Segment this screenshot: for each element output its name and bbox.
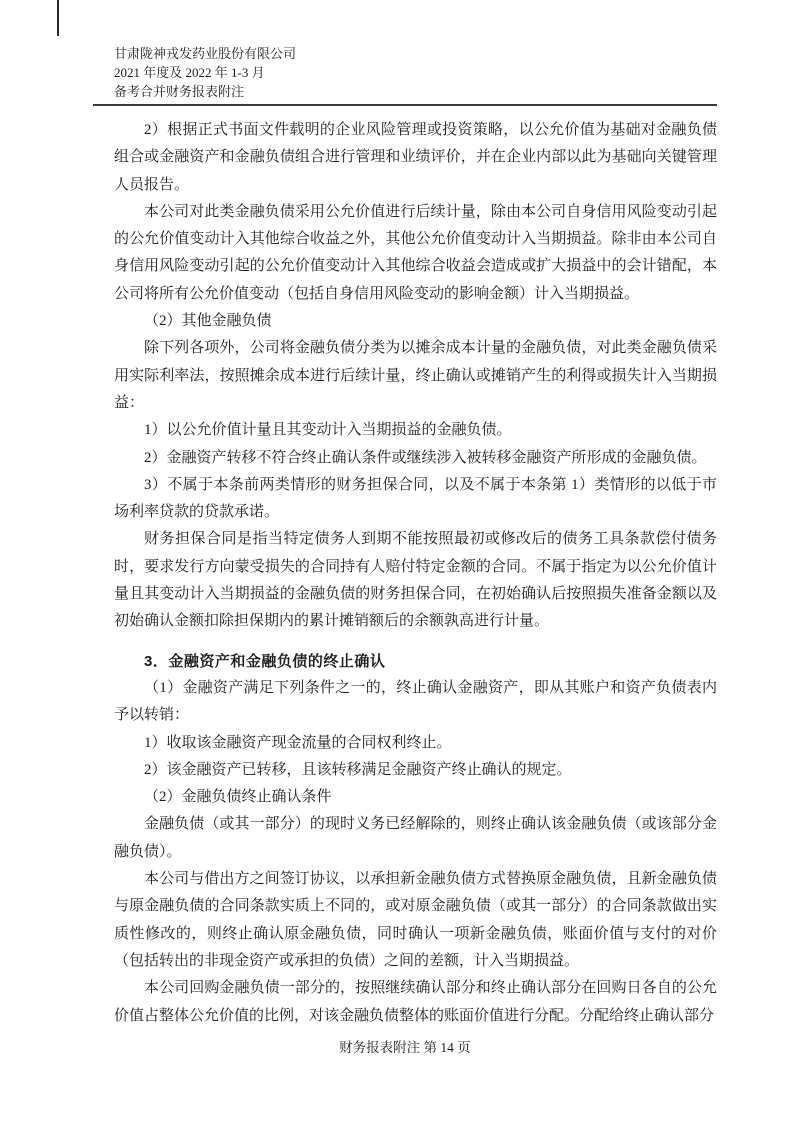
paragraph: （1）金融资产满足下列条件之一的，终止确认金融资产，即从其账户和资产负债表内予以… bbox=[114, 675, 717, 730]
paragraph: 本公司与借出方之间签订协议，以承担新金融负债方式替换原金融负债，且新金融负债与原… bbox=[114, 866, 717, 975]
section-heading: 3．金融资产和金融负债的终止确认 bbox=[114, 648, 717, 675]
header-doc-title: 备考合并财务报表附注 bbox=[114, 82, 717, 101]
list-item: 2）金融资产转移不符合终止确认条件或继续涉入被转移金融资产所形成的金融负债。 bbox=[114, 445, 717, 472]
paragraph: 本公司对此类金融负债采用公允价值进行后续计量，除由本公司自身信用风险变动引起的公… bbox=[114, 199, 717, 308]
paragraph: 金融负债（或其一部分）的现时义务已经解除的，则终止确认该金融负债（或该部分金融负… bbox=[114, 811, 717, 866]
paragraph: 2）根据正式书面文件载明的企业风险管理或投资策略，以公允价值为基础对金融负债组合… bbox=[114, 117, 717, 199]
subsection-label: （2）其他金融负债 bbox=[114, 308, 717, 335]
header-report-period: 2021 年度及 2022 年 1-3 月 bbox=[114, 63, 717, 82]
header-company-name: 甘肃陇神戎发药业股份有限公司 bbox=[114, 44, 717, 63]
list-item: 1）收取该金融资产现金流量的合同权利终止。 bbox=[114, 730, 717, 757]
page-footer: 财务报表附注 第 14 页 bbox=[93, 1036, 717, 1056]
list-item: 3）不属于本条前两类情形的财务担保合同，以及不属于本条第 1）类情形的以低于市场… bbox=[114, 472, 717, 527]
document-header: 甘肃陇神戎发药业股份有限公司 2021 年度及 2022 年 1-3 月 备考合… bbox=[93, 44, 717, 106]
subsection-label: （2）金融负债终止确认条件 bbox=[114, 784, 717, 811]
paragraph: 财务担保合同是指当特定债务人到期不能按照最初或修改后的债务工具条款偿付债务时，要… bbox=[114, 526, 717, 635]
paragraph: 本公司回购金融负债一部分的，按照继续确认部分和终止确认部分在回购日各自的公允价值… bbox=[114, 975, 717, 1030]
footer-page-label: 财务报表附注 第 14 页 bbox=[339, 1040, 471, 1055]
document-page: 甘肃陇神戎发药业股份有限公司 2021 年度及 2022 年 1-3 月 备考合… bbox=[0, 0, 793, 1122]
document-body: 2）根据正式书面文件载明的企业风险管理或投资策略，以公允价值为基础对金融负债组合… bbox=[93, 106, 717, 1030]
paragraph: 除下列各项外，公司将金融负债分类为以摊余成本计量的金融负债，对此类金融负债采用实… bbox=[114, 335, 717, 417]
page-content: 甘肃陇神戎发药业股份有限公司 2021 年度及 2022 年 1-3 月 备考合… bbox=[93, 44, 717, 1030]
list-item: 1）以公允价值计量且其变动计入当期损益的金融负债。 bbox=[114, 417, 717, 444]
list-item: 2）该金融资产已转移，且该转移满足金融资产终止确认的规定。 bbox=[114, 757, 717, 784]
scan-edge-artifact bbox=[57, 0, 59, 36]
